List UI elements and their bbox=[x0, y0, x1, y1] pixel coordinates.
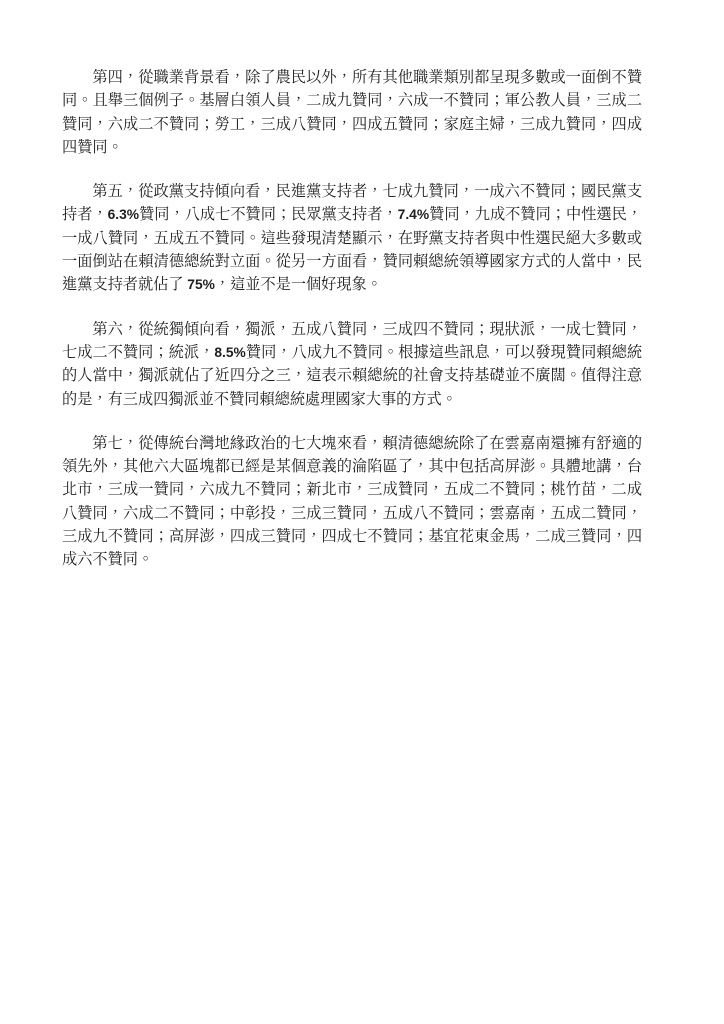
text-line: 第五，從政黨支持傾向看，民進黨支持者，七成九贊同，一成六不贊同；國民黨支 bbox=[62, 180, 642, 203]
text-line: 三成九不贊同；高屏澎，四成三贊同，四成七不贊同；基宜花東金馬，二成三贊同，四 bbox=[62, 525, 642, 548]
text-line: 第六，從統獨傾向看，獨派，五成八贊同，三成四不贊同；現狀派，一成七贊同， bbox=[62, 318, 642, 341]
text-line: 領先外，其他六大區塊都已經是某個意義的淪陷區了，其中包括高屏澎。具體地講，台 bbox=[62, 455, 642, 478]
text-run: 同。且舉三個例子。基層白領人員，二成九贊同，六成一不贊同；軍公教人員，三成二 bbox=[62, 92, 642, 109]
text-run: 的人當中，獨派就佔了近四分之三，這表示賴總統的社會支持基礎並不廣闊。值得注意 bbox=[62, 367, 642, 384]
text-run: 一成八贊同，五成五不贊同。這些發現清楚顯示，在野黨支持者與中性選民絕大多數或 bbox=[62, 230, 642, 247]
text-run: 成六不贊同。 bbox=[62, 551, 153, 568]
text-line: 七成二不贊同；統派，8.5%贊同，八成九不贊同。根據這些訊息，可以發現贊同賴總統 bbox=[62, 341, 642, 364]
text-run: 持者， bbox=[62, 206, 108, 223]
text-line: 第七，從傳統台灣地緣政治的七大塊來看，賴清德總統除了在雲嘉南還擁有舒適的 bbox=[62, 432, 642, 455]
text-line: 成六不贊同。 bbox=[62, 548, 642, 571]
paragraph-seven-regions: 第七，從傳統台灣地緣政治的七大塊來看，賴清德總統除了在雲嘉南還擁有舒適的領先外，… bbox=[62, 432, 642, 572]
text-run: 贊同，九成不贊同；中性選民， bbox=[429, 206, 642, 223]
text-line: 的是，有三成四獨派並不贊同賴總統處理國家大事的方式。 bbox=[62, 388, 642, 411]
bold-percentage: 6.3% bbox=[108, 207, 139, 222]
paragraph-six-unification-independence: 第六，從統獨傾向看，獨派，五成八贊同，三成四不贊同；現狀派，一成七贊同，七成二不… bbox=[62, 318, 642, 411]
text-run: 第六，從統獨傾向看，獨派，五成八贊同，三成四不贊同；現狀派，一成七贊同， bbox=[92, 321, 642, 338]
text-line: 進黨支持者就佔了 75%，這並不是一個好現象。 bbox=[62, 273, 642, 296]
text-run: 領先外，其他六大區塊都已經是某個意義的淪陷區了，其中包括高屏澎。具體地講，台 bbox=[62, 458, 642, 475]
text-run: 七成二不贊同；統派， bbox=[62, 344, 214, 361]
text-line: 同。且舉三個例子。基層白領人員，二成九贊同，六成一不贊同；軍公教人員，三成二 bbox=[62, 89, 642, 112]
paragraph-four-occupation: 第四，從職業背景看，除了農民以外，所有其他職業類別都呈現多數或一面倒不贊同。且舉… bbox=[62, 66, 642, 159]
text-run: 八贊同，六成二不贊同；中彰投，三成三贊同，五成八不贊同；雲嘉南，五成二贊同， bbox=[62, 505, 642, 522]
paragraph-five-party-support: 第五，從政黨支持傾向看，民進黨支持者，七成九贊同，一成六不贊同；國民黨支持者，6… bbox=[62, 180, 642, 296]
text-line: 的人當中，獨派就佔了近四分之三，這表示賴總統的社會支持基礎並不廣闊。值得注意 bbox=[62, 364, 642, 387]
text-run: 三成九不贊同；高屏澎，四成三贊同，四成七不贊同；基宜花東金馬，二成三贊同，四 bbox=[62, 528, 642, 545]
bold-percentage: 8.5% bbox=[214, 345, 245, 360]
text-run: 的是，有三成四獨派並不贊同賴總統處理國家大事的方式。 bbox=[62, 391, 457, 408]
text-run: 一面倒站在賴清德總統對立面。從另一方面看，贊同賴總統領導國家方式的人當中，民 bbox=[62, 253, 642, 270]
text-line: 一面倒站在賴清德總統對立面。從另一方面看，贊同賴總統領導國家方式的人當中，民 bbox=[62, 250, 642, 273]
text-run: 贊同，六成二不贊同；勞工，三成八贊同，四成五贊同；家庭主婦，三成九贊同，四成 bbox=[62, 116, 642, 133]
text-line: 北市，三成一贊同，六成九不贊同；新北市，三成贊同，五成二不贊同；桃竹苗，二成 bbox=[62, 478, 642, 501]
bold-percentage: 7.4% bbox=[398, 207, 429, 222]
text-line: 第四，從職業背景看，除了農民以外，所有其他職業類別都呈現多數或一面倒不贊 bbox=[62, 66, 642, 89]
bold-percentage: 75% bbox=[187, 277, 215, 292]
text-run: 贊同，八成七不贊同；民眾黨支持者， bbox=[139, 206, 398, 223]
text-line: 四贊同。 bbox=[62, 136, 642, 159]
text-run: 第七，從傳統台灣地緣政治的七大塊來看，賴清德總統除了在雲嘉南還擁有舒適的 bbox=[92, 435, 642, 452]
document-page: 第四，從職業背景看，除了農民以外，所有其他職業類別都呈現多數或一面倒不贊同。且舉… bbox=[0, 0, 724, 1024]
text-run: ，這並不是一個好現象。 bbox=[215, 276, 382, 293]
text-run: 第五，從政黨支持傾向看，民進黨支持者，七成九贊同，一成六不贊同；國民黨支 bbox=[92, 183, 642, 200]
text-run: 進黨支持者就佔了 bbox=[62, 276, 187, 293]
text-run: 第四，從職業背景看，除了農民以外，所有其他職業類別都呈現多數或一面倒不贊 bbox=[92, 69, 642, 86]
text-body: 第四，從職業背景看，除了農民以外，所有其他職業類別都呈現多數或一面倒不贊同。且舉… bbox=[62, 66, 642, 593]
text-run: 四贊同。 bbox=[62, 139, 123, 156]
text-line: 贊同，六成二不贊同；勞工，三成八贊同，四成五贊同；家庭主婦，三成九贊同，四成 bbox=[62, 113, 642, 136]
text-run: 贊同，八成九不贊同。根據這些訊息，可以發現贊同賴總統 bbox=[246, 344, 642, 361]
text-line: 八贊同，六成二不贊同；中彰投，三成三贊同，五成八不贊同；雲嘉南，五成二贊同， bbox=[62, 502, 642, 525]
text-line: 持者，6.3%贊同，八成七不贊同；民眾黨支持者，7.4%贊同，九成不贊同；中性選… bbox=[62, 203, 642, 226]
text-run: 北市，三成一贊同，六成九不贊同；新北市，三成贊同，五成二不贊同；桃竹苗，二成 bbox=[62, 481, 642, 498]
text-line: 一成八贊同，五成五不贊同。這些發現清楚顯示，在野黨支持者與中性選民絕大多數或 bbox=[62, 227, 642, 250]
